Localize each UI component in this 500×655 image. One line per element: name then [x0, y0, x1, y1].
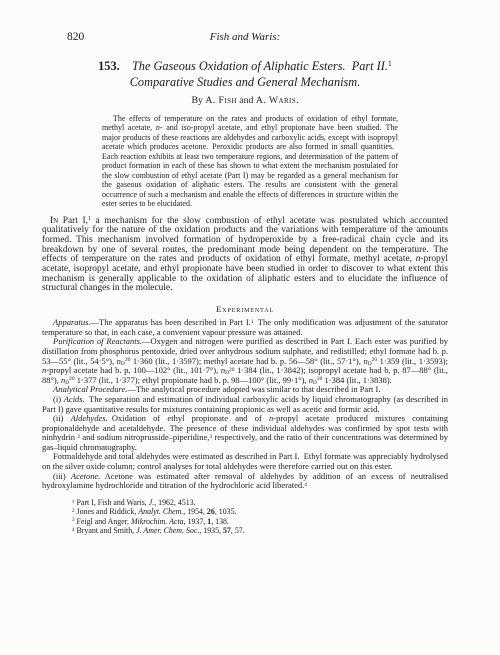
text-segment: 1·360 (lit., 1·3597); methyl acetate had… — [130, 356, 363, 366]
text-segment: Jones and Riddick, — [75, 507, 139, 516]
text-segment: Part II. — [352, 59, 388, 73]
title-block: 153. The Gaseous Oxidation of Aliphatic … — [42, 58, 448, 107]
running-head: Fish and Waris: — [42, 31, 448, 43]
journal-page: 820 Fish and Waris: 153. The Gaseous Oxi… — [0, 0, 500, 655]
text-segment: A. Waris — [256, 95, 296, 106]
text-segment: 1 — [251, 319, 254, 325]
text-segment: Bryant and Smith, — [75, 526, 137, 535]
text-segment: Analyt. Chem. — [138, 507, 183, 516]
text-segment: By — [191, 95, 205, 106]
text-segment: , 1035. — [215, 507, 237, 516]
text-segment: Acetone was estimated after removal of a… — [42, 471, 448, 491]
page-header: 820 Fish and Waris: — [42, 31, 448, 44]
text-segment: , 1935, — [199, 526, 223, 535]
text-segment: Part I, Fish and Waris, — [75, 498, 149, 507]
text-segment: a mechanism for the slow combustion of e… — [42, 216, 448, 265]
experimental-heading: Experimental — [42, 304, 448, 314]
text-segment: Feigl and Anger, — [75, 517, 131, 526]
text-segment: 1·377 (lit., 1·377); ethyl propionate ha… — [75, 375, 309, 385]
text-segment: Aldehydes. — [71, 413, 108, 423]
text-segment: Oxidation of ethyl propionate and of — [108, 413, 269, 423]
footnote-1: 1 Part I, Fish and Waris, J., 1962, 4513… — [72, 498, 448, 507]
abstract-paragraph: The effects of temperature on the rates … — [102, 114, 398, 209]
text-segment: Acetone. — [71, 471, 101, 481]
text-segment: 20 — [125, 357, 130, 363]
footnote-2: 2 Jones and Riddick, Analyt. Chem., 1954… — [72, 507, 448, 516]
text-segment: —The apparatus has been described in Par… — [91, 317, 251, 327]
text-segment: 3 — [209, 434, 212, 440]
text-segment: - and — [160, 123, 182, 132]
text-segment: , 1937, — [184, 517, 208, 526]
text-segment: iso — [181, 123, 190, 132]
text-segment — [120, 59, 132, 73]
text-segment: 4 — [72, 527, 75, 533]
text-segment: 1 — [88, 216, 91, 222]
text-segment: , 1954, — [183, 507, 207, 516]
text-segment: 2 — [72, 508, 75, 514]
byline: By A. Fish and A. Waris. — [42, 95, 448, 107]
text-segment: 1·359 (lit., 1·3593); — [377, 356, 448, 366]
text-segment: Acids. — [64, 394, 85, 404]
article-title-line-2: Comparative Studies and General Mechanis… — [42, 74, 448, 90]
apparatus-paragraph: Apparatus.—The apparatus has been descri… — [42, 318, 448, 337]
text-segment: 1 — [72, 499, 75, 505]
text-segment: The Gaseous Oxidation of Aliphatic Ester… — [132, 59, 346, 73]
text-segment: Apparatus. — [53, 317, 91, 327]
text-segment: Purification of Reactants. — [53, 336, 142, 346]
text-segment: 1 — [388, 59, 392, 68]
text-segment: , 1962, 4513. — [154, 498, 195, 507]
formaldehyde-paragraph: Formaldehyde and total aldehydes were es… — [42, 452, 448, 471]
text-segment: 57 — [223, 526, 231, 535]
text-segment: -propyl acetate had b. p. 100—102° (lit.… — [46, 365, 221, 375]
text-segment: J. Amer. Chem. Soc. — [136, 526, 199, 535]
text-segment: . — [296, 95, 298, 106]
text-segment: 3 — [72, 517, 75, 523]
text-segment: , 138. — [211, 517, 229, 526]
page-content: 820 Fish and Waris: 153. The Gaseous Oxi… — [42, 0, 448, 535]
acids-paragraph: (i) Acids. The separation and estimation… — [42, 395, 448, 414]
text-segment: 1·384 (lit., 1·3838). — [322, 375, 391, 385]
text-segment: and — [237, 95, 256, 106]
text-segment: 20 — [229, 367, 234, 373]
text-segment: and sodium nitroprusside–piperidine, — [80, 432, 209, 442]
text-segment: —The analytical procedure adopted was si… — [127, 384, 380, 394]
text-segment: (ii) — [53, 413, 71, 423]
text-segment: 2 — [77, 434, 80, 440]
text-segment: 20 — [317, 376, 322, 382]
text-segment: (iii) — [53, 471, 71, 481]
text-segment: 20 — [372, 357, 377, 363]
footnote-4: 4 Bryant and Smith, J. Amer. Chem. Soc.,… — [72, 526, 448, 535]
footnotes: 1 Part I, Fish and Waris, J., 1962, 4513… — [72, 498, 448, 536]
text-segment: 4 — [304, 482, 307, 488]
text-segment: A. Fish — [205, 95, 237, 106]
article-title-line-1: 153. The Gaseous Oxidation of Aliphatic … — [42, 58, 448, 74]
intro-paragraph: In Part I,1 a mechanism for the slow com… — [42, 217, 448, 295]
text-segment: -propyl acetate, and ethyl propionate ha… — [102, 123, 398, 208]
acetone-paragraph: (iii) Acetone. Acetone was estimated aft… — [42, 472, 448, 491]
aldehydes-paragraph: (ii) Aldehydes. Oxidation of ethyl propi… — [42, 414, 448, 452]
text-segment: Formaldehyde and total aldehydes were es… — [42, 451, 448, 471]
text-segment: (i) — [53, 394, 64, 404]
text-segment: 153. — [98, 59, 120, 73]
footnote-3: 3 Feigl and Anger, Mikrochim. Acta, 1937… — [72, 517, 448, 526]
text-segment: The separation and estimation of individ… — [42, 394, 448, 414]
text-segment: Mikrochim. Acta — [131, 517, 184, 526]
text-segment: 26 — [207, 507, 215, 516]
text-segment: , 57. — [231, 526, 245, 535]
text-segment: 20 — [69, 376, 74, 382]
purification-paragraph: Purification of Reactants.—Oxygen and ni… — [42, 337, 448, 385]
